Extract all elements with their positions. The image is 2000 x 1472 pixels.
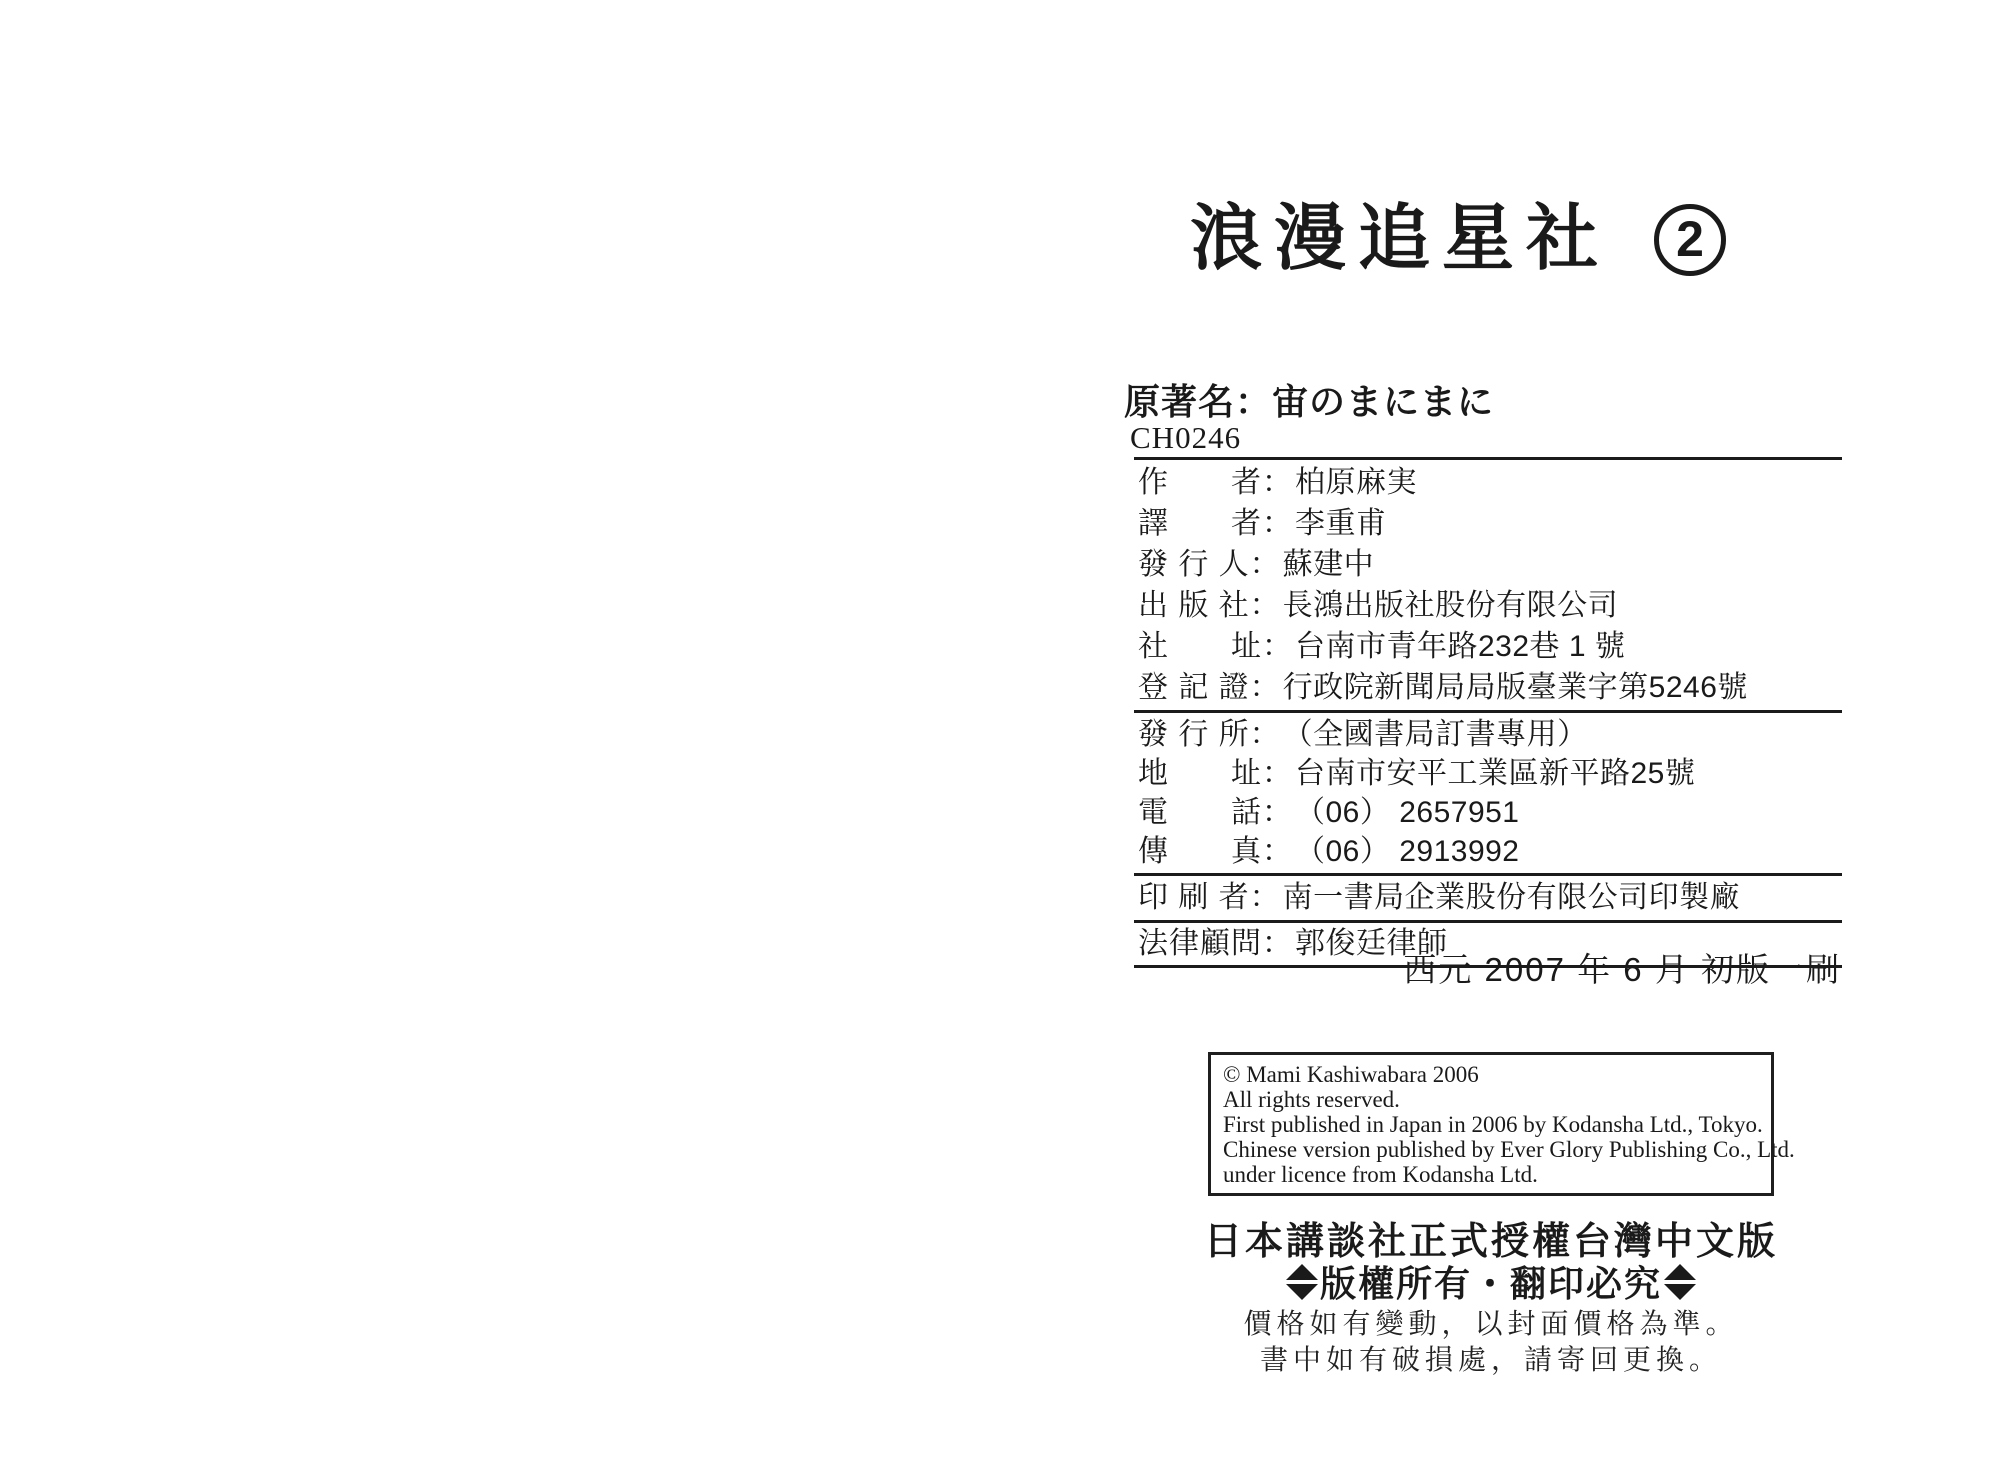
table-row: 譯 者： 李重甫 xyxy=(1134,503,1842,544)
price-notice-line: 價格如有變動，以封面價格為準。 xyxy=(1158,1302,1824,1342)
title-row: 浪漫追星社 2 xyxy=(1190,200,1726,279)
split-diamond-icon xyxy=(1664,1264,1696,1300)
row-label: 發 行 所： xyxy=(1138,720,1281,750)
row-value: （06） 2657951 xyxy=(1295,798,1520,828)
copyright-box: © Mami Kashiwabara 2006 All rights reser… xyxy=(1208,1052,1774,1196)
table-row: 電 話： （06） 2657951 xyxy=(1134,793,1842,832)
row-value: 行政院新聞局局版臺業字第5246號 xyxy=(1283,673,1748,703)
row-value: （06） 2913992 xyxy=(1295,837,1520,867)
table-row: 登 記 證： 行政院新聞局局版臺業字第5246號 xyxy=(1134,667,1842,708)
copyright-line: All rights reserved. xyxy=(1223,1087,1759,1112)
colophon-page: 浪漫追星社 2 原著名：宙のまにまに CH0246 作 者： 柏原麻実 譯 者：… xyxy=(0,0,2000,1472)
row-value: （全國書局訂書專用） xyxy=(1283,720,1588,750)
original-title: 原著名：宙のまにまに xyxy=(1124,374,1494,425)
copyright-line: under licence from Kodansha Ltd. xyxy=(1223,1162,1759,1187)
row-label: 法律顧問： xyxy=(1138,929,1293,959)
row-label: 電 話： xyxy=(1138,798,1293,828)
table-row: 地 址： 台南市安平工業區新平路25號 xyxy=(1134,754,1842,793)
table-section-distributor: 發 行 所： （全國書局訂書專用） 地 址： 台南市安平工業區新平路25號 電 … xyxy=(1134,713,1842,876)
table-row: 發 行 人： 蘇建中 xyxy=(1134,544,1842,585)
publication-table: 作 者： 柏原麻実 譯 者： 李重甫 發 行 人： 蘇建中 出 版 社： 長鴻出… xyxy=(1134,457,1842,968)
row-value: 台南市青年路232巷 1 號 xyxy=(1295,632,1625,662)
table-section-publisher: 作 者： 柏原麻実 譯 者： 李重甫 發 行 人： 蘇建中 出 版 社： 長鴻出… xyxy=(1134,460,1842,713)
copyright-line: © Mami Kashiwabara 2006 xyxy=(1223,1062,1759,1087)
catalog-code: CH0246 xyxy=(1130,420,1241,456)
table-row: 發 行 所： （全國書局訂書專用） xyxy=(1134,715,1842,754)
row-label: 社 址： xyxy=(1138,632,1293,662)
table-row: 作 者： 柏原麻実 xyxy=(1134,462,1842,503)
row-label: 登 記 證： xyxy=(1138,673,1281,703)
rights-line: 版權所有・翻印必究 xyxy=(1158,1256,1824,1307)
row-label: 發 行 人： xyxy=(1138,550,1281,580)
row-value: 李重甫 xyxy=(1295,509,1387,539)
row-value: 長鴻出版社股份有限公司 xyxy=(1283,591,1619,621)
row-value: 南一書局企業股份有限公司印製廠 xyxy=(1283,883,1741,913)
row-value: 蘇建中 xyxy=(1283,550,1375,580)
row-value: 台南市安平工業區新平路25號 xyxy=(1295,759,1695,789)
row-value: 柏原麻実 xyxy=(1295,468,1417,498)
table-row: 傳 真： （06） 2913992 xyxy=(1134,832,1842,871)
table-row: 印 刷 者： 南一書局企業股份有限公司印製廠 xyxy=(1134,878,1842,918)
row-label: 出 版 社： xyxy=(1138,591,1281,621)
damage-notice-line: 書中如有破損處，請寄回更換。 xyxy=(1158,1338,1824,1378)
copyright-line: Chinese version published by Ever Glory … xyxy=(1223,1137,1759,1162)
table-section-printer: 印 刷 者： 南一書局企業股份有限公司印製廠 xyxy=(1134,876,1842,923)
row-label: 印 刷 者： xyxy=(1138,883,1281,913)
row-label: 譯 者： xyxy=(1138,509,1293,539)
edition-line: 西元 2007 年 6 月 初版一刷 xyxy=(1403,944,1841,991)
volume-badge-icon: 2 xyxy=(1654,204,1726,276)
row-label: 作 者： xyxy=(1138,468,1293,498)
table-row: 出 版 社： 長鴻出版社股份有限公司 xyxy=(1134,585,1842,626)
rights-text: 版權所有・翻印必究 xyxy=(1320,1256,1662,1307)
table-row: 社 址： 台南市青年路232巷 1 號 xyxy=(1134,626,1842,667)
row-label: 地 址： xyxy=(1138,759,1293,789)
book-title: 浪漫追星社 xyxy=(1190,200,1610,279)
copyright-line: First published in Japan in 2006 by Koda… xyxy=(1223,1112,1759,1137)
row-label: 傳 真： xyxy=(1138,837,1293,867)
split-diamond-icon xyxy=(1286,1264,1318,1300)
volume-number: 2 xyxy=(1676,214,1704,264)
